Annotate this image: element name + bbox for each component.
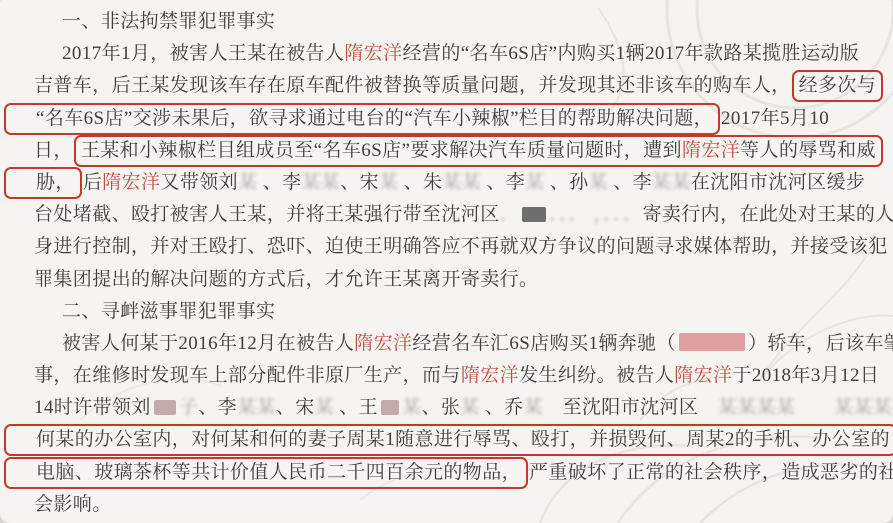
redacted-name: 某某 bbox=[301, 172, 340, 193]
text-segment: 后 bbox=[83, 172, 102, 193]
redacted-name: 某 bbox=[379, 172, 404, 193]
text-segment: 经多次与 bbox=[799, 75, 877, 96]
defendant-name-highlight: 隋宏洋 bbox=[674, 365, 732, 386]
redacted-name: ． bbox=[500, 204, 519, 225]
text-segment: 台处堵截、殴打被害人王某，并将王某强行带至沈河区 bbox=[34, 204, 500, 225]
text-segment: 身进行控制，并对王殴打、恐吓、迫使王明确答应不再就双方争议的问题寻求媒体帮助，并… bbox=[34, 236, 888, 257]
text-segment: 2017年1月，被害人王某在被告人 bbox=[62, 43, 344, 64]
text-segment: ）轿车，后该车肇 bbox=[748, 333, 893, 354]
text-line: 被害人何某于2016年12月在被告人隋宏洋经营名车汇6S店购买1辆奔驰（）轿车，… bbox=[34, 328, 869, 360]
text-segment: 、孙 bbox=[550, 172, 589, 193]
text-line: 胁，后隋宏洋又带领刘某 、李某某、宋某 、朱某某 、李某 、孙某 、李某某在沈阳… bbox=[34, 167, 869, 199]
text-segment: 、王 bbox=[339, 397, 378, 418]
text-segment: 14时许带领刘 bbox=[34, 397, 151, 418]
text-segment: 等人的辱骂和威 bbox=[740, 140, 876, 161]
text-line: 14时许带领刘子、李某某、宋某 、王某、张某 、乔某 至沈阳市沈河区 某某某某 … bbox=[34, 392, 869, 424]
text-segment: 吉普车，后王某发现该车存在原车配件被替换等质量问题，并发现其还非该车的购车人， bbox=[34, 75, 791, 96]
redacted-name: 某某 bbox=[442, 172, 486, 193]
text-segment: 经营名车汇6S店购买1辆奔驰（ bbox=[412, 333, 676, 354]
text-segment: 一、非法拘禁罪犯罪事实 bbox=[62, 11, 275, 32]
text-line: 身进行控制，并对王殴打、恐吓、迫使王明确答应不再就双方争议的问题寻求媒体帮助，并… bbox=[34, 231, 869, 263]
text-segment: 电脑、玻璃茶杯等共计价值人民币二千四百余元的物品， bbox=[36, 462, 521, 483]
annotation-box: 何某的办公室内，对何某和何的妻子周某1随意进行辱骂、殴打，并损毁何、周某2的手机… bbox=[4, 424, 893, 456]
text-segment: “名车6S店”交涉未果后，欲寻求通过电台的“汽车小辣椒”栏目的帮助解决问题， bbox=[36, 108, 713, 129]
text-line: 日，王某和小辣椒栏目组成员至“名车6S店”要求解决汽车质量问题时，遭到隋宏洋等人… bbox=[34, 135, 869, 167]
document-body: 一、非法拘禁罪犯罪事实2017年1月，被害人王某在被告人隋宏洋经营的“名车6S店… bbox=[0, 0, 893, 521]
annotation-box: 经多次与 bbox=[792, 70, 884, 102]
text-segment: 、宋 bbox=[276, 397, 315, 418]
text-line: 何某的办公室内，对何某和何的妻子周某1随意进行辱骂、殴打，并损毁何、周某2的手机… bbox=[34, 424, 869, 456]
text-segment: 被害人何某于2016年12月在被告人 bbox=[62, 333, 354, 354]
annotation-box: 王某和小辣椒栏目组成员至“名车6S店”要求解决汽车质量问题时，遭到隋宏洋等人的辱… bbox=[74, 135, 883, 167]
defendant-name-highlight: 隋宏洋 bbox=[354, 333, 412, 354]
redacted-name: 子 bbox=[179, 397, 198, 418]
redacted-name: 某某某某 某某某某某 bbox=[698, 397, 893, 418]
redacted-name: 某某 bbox=[652, 172, 691, 193]
text-segment: 2017年5月10 bbox=[721, 108, 829, 129]
text-segment: 、李 bbox=[263, 172, 302, 193]
text-line: 二、寻衅滋事罪犯罪事实 bbox=[34, 296, 869, 328]
text-segment: 日， bbox=[34, 140, 73, 161]
text-segment: 事，在维修时发现车上部分配件非原厂生产，而与 bbox=[34, 365, 461, 386]
redacted-name: 某某 bbox=[237, 397, 276, 418]
text-segment: 于2018年3月12日 bbox=[732, 365, 879, 386]
text-segment: 胁， bbox=[36, 172, 75, 193]
text-segment: 、李 bbox=[486, 172, 525, 193]
defendant-name-highlight: 隋宏洋 bbox=[461, 365, 519, 386]
text-segment: 经营的“名车6S店”内购买1辆2017年款路某揽胜运动版 bbox=[403, 43, 860, 64]
text-line: 一、非法拘禁罪犯罪事实 bbox=[34, 6, 869, 38]
text-segment: 至沈阳市沈河区 bbox=[562, 397, 698, 418]
redacted-name: 某 bbox=[315, 397, 340, 418]
text-segment: 、乔 bbox=[485, 397, 524, 418]
text-line: 台处堵截、殴打被害人王某，并将王某强行带至沈河区．．．． ，．．．寄卖行内，在此… bbox=[34, 199, 869, 231]
defendant-name-highlight: 隋宏洋 bbox=[344, 43, 402, 64]
text-segment: 、朱 bbox=[404, 172, 443, 193]
text-segment: 会影响。 bbox=[34, 494, 112, 515]
text-segment: 、李 bbox=[198, 397, 237, 418]
redacted-name: 某 bbox=[460, 397, 485, 418]
text-segment: 王某和小辣椒栏目组成员至“名车6S店”要求解决汽车质量问题时，遭到 bbox=[81, 140, 682, 161]
text-segment: 、李 bbox=[613, 172, 652, 193]
redaction-block bbox=[679, 333, 745, 351]
redacted-name: ．．． ，．．． bbox=[549, 204, 642, 225]
redaction-block bbox=[381, 400, 399, 415]
document-page: 一、非法拘禁罪犯罪事实2017年1月，被害人王某在被告人隋宏洋经营的“名车6S店… bbox=[0, 0, 893, 523]
text-segment: 又带领刘 bbox=[160, 172, 238, 193]
text-segment: 二、寻衅滋事罪犯罪事实 bbox=[62, 301, 275, 322]
text-segment: 寄卖行内，在此处对王某的人 bbox=[642, 204, 893, 225]
redacted-name: 某 bbox=[525, 172, 550, 193]
text-line: “名车6S店”交涉未果后，欲寻求通过电台的“汽车小辣椒”栏目的帮助解决问题，20… bbox=[34, 103, 869, 135]
text-segment: 发生纠纷。被告人 bbox=[519, 365, 674, 386]
text-line: 会影响。 bbox=[34, 489, 869, 521]
text-segment: 严重破坏了正常的社会秩序，造成恶劣的社 bbox=[529, 462, 893, 483]
text-segment: 罪集团提出的解决问题的方式后，才允许王某离开寄卖行。 bbox=[34, 269, 538, 290]
text-segment: 、宋 bbox=[340, 172, 379, 193]
text-line: 2017年1月，被害人王某在被告人隋宏洋经营的“名车6S店”内购买1辆2017年… bbox=[34, 38, 869, 70]
redacted-name: 某 bbox=[589, 172, 614, 193]
redaction-block bbox=[154, 400, 176, 415]
annotation-box: 电脑、玻璃茶杯等共计价值人民币二千四百余元的物品， bbox=[4, 457, 528, 489]
annotation-box: “名车6S店”交涉未果后，欲寻求通过电台的“汽车小辣椒”栏目的帮助解决问题， bbox=[4, 103, 720, 135]
text-line: 电脑、玻璃茶杯等共计价值人民币二千四百余元的物品，严重破坏了正常的社会秩序，造成… bbox=[34, 457, 869, 489]
text-line: 罪集团提出的解决问题的方式后，才允许王某离开寄卖行。 bbox=[34, 264, 869, 296]
text-line: 吉普车，后王某发现该车存在原车配件被替换等质量问题，并发现其还非该车的购车人，经… bbox=[34, 70, 869, 102]
defendant-name-highlight: 隋宏洋 bbox=[102, 172, 160, 193]
text-line: 事，在维修时发现车上部分配件非原厂生产，而与隋宏洋发生纠纷。被告人隋宏洋于201… bbox=[34, 360, 869, 392]
redaction-block bbox=[522, 207, 546, 222]
redacted-name: 某 bbox=[402, 397, 421, 418]
text-segment: 在沈阳市沈河区缓步 bbox=[691, 172, 866, 193]
redacted-name: 某 bbox=[238, 172, 263, 193]
redacted-name: 某 bbox=[524, 397, 563, 418]
text-segment: 、张 bbox=[421, 397, 460, 418]
annotation-box: 胁， bbox=[4, 167, 82, 199]
text-segment: 何某的办公室内，对何某和何的妻子周某1随意进行辱骂、殴打，并损毁何、周某2的手机… bbox=[36, 429, 890, 450]
defendant-name-highlight: 隋宏洋 bbox=[682, 140, 740, 161]
